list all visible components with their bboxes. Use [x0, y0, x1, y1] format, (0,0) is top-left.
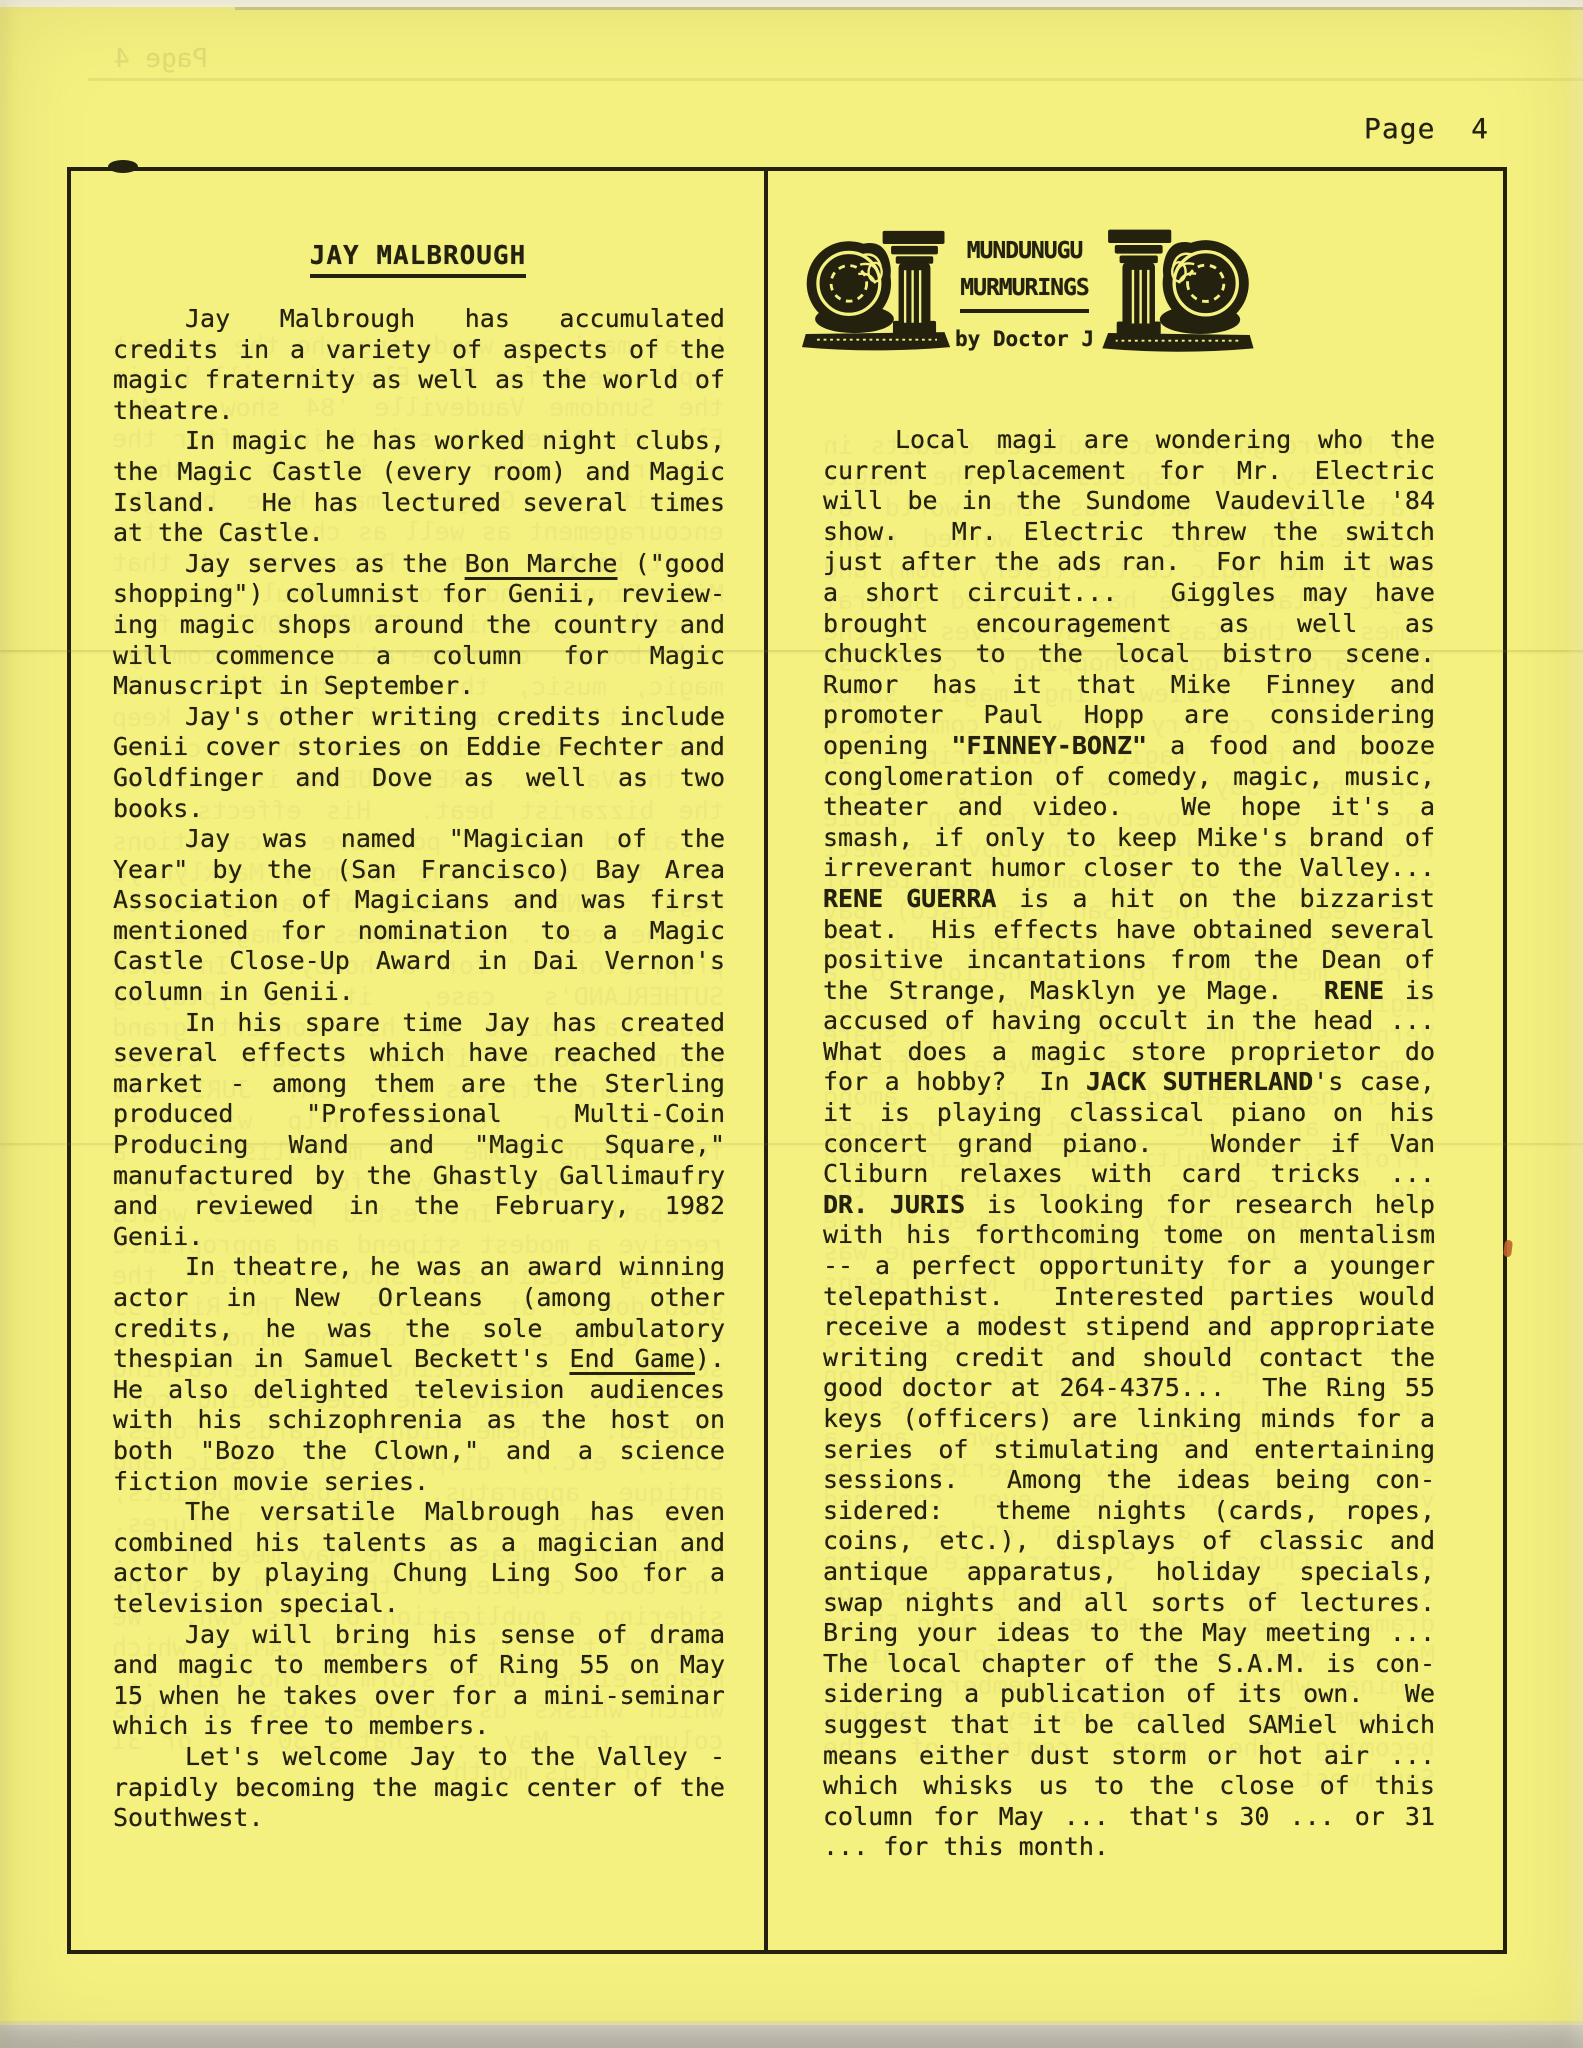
text-line: Jay was named "Magician of the: [113, 824, 725, 855]
scan-top-edge: [0, 0, 1583, 7]
text-line: television special.: [113, 1589, 725, 1620]
text-line: series of stimulating and entertaining: [823, 1435, 1435, 1466]
text-line: produced "Professional Multi-Coin: [113, 1099, 725, 1130]
text-line: Goldfinger and Dove as well as two: [113, 763, 725, 794]
text-line: The local chapter of the S.A.M. is con-: [823, 1649, 1435, 1680]
text-line: Let's welcome Jay to the Valley -: [113, 1742, 725, 1773]
text-line: manufactured by the Ghastly Gallimaufry: [113, 1161, 725, 1192]
scan-top-edge-line: [235, 7, 1583, 10]
text-line: actor in New Orleans (among other: [113, 1283, 725, 1314]
article-title-jay-malbrough: JAY MALBROUGH: [111, 241, 725, 271]
text-line: 15 when he takes over for a mini-seminar: [113, 1681, 725, 1712]
text-line: which whisks us to the close of this: [823, 1771, 1435, 1802]
text-line: fiction movie series.: [113, 1467, 725, 1498]
text-line: DR. JURIS is looking for research help: [823, 1190, 1435, 1221]
text-line: opening "FINNEY-BONZ" a food and booze: [823, 731, 1435, 762]
text-line: accused of having occult in the head ...: [823, 1006, 1435, 1037]
text-line: credits in a variety of aspects of the: [113, 335, 725, 366]
text-line: Jay Malbrough has accumulated: [113, 304, 725, 335]
text-line: swap nights and all sorts of lectures.: [823, 1588, 1435, 1619]
text-line: sessions. Among the ideas being con-: [823, 1465, 1435, 1496]
text-line: beat. His effects have obtained several: [823, 915, 1435, 946]
stray-ink-mark: [1503, 1240, 1513, 1258]
text-line: Jay's other writing credits include: [113, 702, 725, 733]
text-line: credits, he was the sole ambulatory: [113, 1314, 725, 1345]
article-title-text: JAY MALBROUGH: [310, 241, 527, 278]
text-line: keys (officers) are linking minds for a: [823, 1404, 1435, 1435]
text-line: Bring your ideas to the May meeting ...: [823, 1618, 1435, 1649]
text-line: column for May ... that's 30 ... or 31: [823, 1802, 1435, 1833]
newsletter-scan-page: Page 4 Local magi are wondering who the …: [0, 0, 1583, 2048]
text-line: Genii cover stories on Eddie Fechter and: [113, 732, 725, 763]
text-line: the Magic Castle (every room) and Magic: [113, 457, 725, 488]
text-line: antique apparatus, holiday specials,: [823, 1557, 1435, 1588]
text-line: theater and video. We hope it's a: [823, 792, 1435, 823]
column-header-mundunugu: MUNDUNUGU MURMURINGS by Doctor J: [768, 171, 1507, 401]
text-line: will be in the Sundome Vaudeville '84: [823, 486, 1435, 517]
text-line: and reviewed in the February, 1982: [113, 1191, 725, 1222]
text-line: coins, etc.), displays of classic and: [823, 1526, 1435, 1557]
text-line: just after the ads ran. For him it was: [823, 547, 1435, 578]
text-line: column in Genii.: [113, 977, 725, 1008]
text-line: show. Mr. Electric threw the switch: [823, 517, 1435, 548]
text-line: conglomeration of comedy, magic, music,: [823, 762, 1435, 793]
text-line: ing magic shops around the country and: [113, 610, 725, 641]
text-line: irreverant humor closer to the Valley...: [823, 853, 1435, 884]
text-line: at the Castle.: [113, 518, 725, 549]
sphinx-bookend-right-icon: [1099, 222, 1255, 356]
text-line: means either dust storm or hot air ...: [823, 1741, 1435, 1772]
sphinx-bookend-left-icon: [802, 222, 952, 356]
text-line: In his spare time Jay has created: [113, 1008, 725, 1039]
text-line: sidered: theme nights (cards, ropes,: [823, 1496, 1435, 1527]
paper-crease: [0, 1143, 1583, 1145]
text-line: Genii.: [113, 1222, 725, 1253]
text-line: a short circuit... Giggles may have: [823, 578, 1435, 609]
paper-crease: [0, 650, 1583, 652]
text-line: telepathist. Interested parties would: [823, 1282, 1435, 1313]
text-line: current replacement for Mr. Electric: [823, 456, 1435, 487]
text-line: thespian in Samuel Beckett's End Game).: [113, 1344, 725, 1375]
text-line: Manuscript in September.: [113, 671, 725, 702]
text-line: Jay serves as the Bon Marche ("good: [113, 549, 725, 580]
text-line: with his forthcoming tome on mentalism: [823, 1220, 1435, 1251]
column-byline: by Doctor J: [950, 327, 1099, 351]
column-title-line2: MURMURINGS: [960, 270, 1088, 313]
text-line: theatre.: [113, 396, 725, 427]
text-line: positive incantations from the Dean of: [823, 945, 1435, 976]
text-line: it is playing classical piano on his: [823, 1098, 1435, 1129]
column-divider: [764, 171, 768, 1950]
text-line: receive a modest stipend and appropriate: [823, 1312, 1435, 1343]
text-line: smash, if only to keep Mike's brand of: [823, 823, 1435, 854]
text-line: both "Bozo the Clown," and a science: [113, 1436, 725, 1467]
showthrough-ghost-page-label: Page 4: [88, 44, 208, 74]
text-line: Cliburn relaxes with card tricks ...: [823, 1159, 1435, 1190]
text-line: He also delighted television audiences: [113, 1375, 725, 1406]
text-line: ... for this month.: [823, 1832, 1435, 1863]
text-line: In theatre, he was an award winning: [113, 1252, 725, 1283]
text-line: magic fraternity as well as the world of: [113, 365, 725, 396]
content-frame: JAY MALBROUGH Jay Malbrough has accumula…: [67, 167, 1507, 1954]
scan-bottom-edge: [0, 2025, 1583, 2048]
text-line: Rumor has it that Mike Finney and: [823, 670, 1435, 701]
article-body-jay-malbrough: Jay Malbrough has accumulatedcredits in …: [113, 304, 725, 1834]
text-line: Jay will bring his sense of drama: [113, 1620, 725, 1651]
text-line: What does a magic store proprietor do: [823, 1037, 1435, 1068]
text-line: will commence a column for Magic: [113, 641, 725, 672]
text-line: shopping") columnist for Genii, review-: [113, 579, 725, 610]
text-line: rapidly becoming the magic center of the: [113, 1773, 725, 1804]
text-line: Island. He has lectured several times: [113, 488, 725, 519]
text-line: sidering a publication of its own. We: [823, 1679, 1435, 1710]
text-line: suggest that it be called SAMiel which: [823, 1710, 1435, 1741]
text-line: market - among them are the Sterling: [113, 1069, 725, 1100]
page-number: Page 4: [1364, 112, 1489, 145]
text-line: RENE GUERRA is a hit on the bizzarist: [823, 884, 1435, 915]
text-line: writing credit and should contact the: [823, 1343, 1435, 1374]
text-line: which is free to members.: [113, 1711, 725, 1742]
text-line: combined his talents as a magician and: [113, 1528, 725, 1559]
text-line: promoter Paul Hopp are considering: [823, 700, 1435, 731]
text-line: Castle Close-Up Award in Dai Vernon's: [113, 946, 725, 977]
column-title-block: MUNDUNUGU MURMURINGS by Doctor J: [950, 233, 1099, 351]
text-line: the Strange, Masklyn ye Mage. RENE is: [823, 976, 1435, 1007]
text-line: brought encouragement as well as: [823, 609, 1435, 640]
showthrough-ghost-rule: [88, 78, 1583, 81]
column-title-line1: MUNDUNUGU: [950, 233, 1099, 270]
text-line: with his schizophrenia as the host on: [113, 1405, 725, 1436]
text-line: Producing Wand and "Magic Square,": [113, 1130, 725, 1161]
text-line: for a hobby? In JACK SUTHERLAND's case,: [823, 1067, 1435, 1098]
text-line: The versatile Malbrough has even: [113, 1497, 725, 1528]
text-line: -- a perfect opportunity for a younger: [823, 1251, 1435, 1282]
text-line: chuckles to the local bistro scene.: [823, 639, 1435, 670]
text-line: books.: [113, 794, 725, 825]
text-line: Year" by the (San Francisco) Bay Area: [113, 855, 725, 886]
text-line: actor by playing Chung Ling Soo for a: [113, 1558, 725, 1589]
text-line: Local magi are wondering who the: [823, 425, 1435, 456]
text-line: mentioned for nomination to a Magic: [113, 916, 725, 947]
text-line: several effects which have reached the: [113, 1038, 725, 1069]
text-line: In magic he has worked night clubs,: [113, 426, 725, 457]
text-line: Association of Magicians and was first: [113, 885, 725, 916]
text-line: and magic to members of Ring 55 on May: [113, 1650, 725, 1681]
text-line: good doctor at 264-4375... The Ring 55: [823, 1373, 1435, 1404]
ink-blob: [108, 160, 138, 173]
text-line: Southwest.: [113, 1803, 725, 1834]
